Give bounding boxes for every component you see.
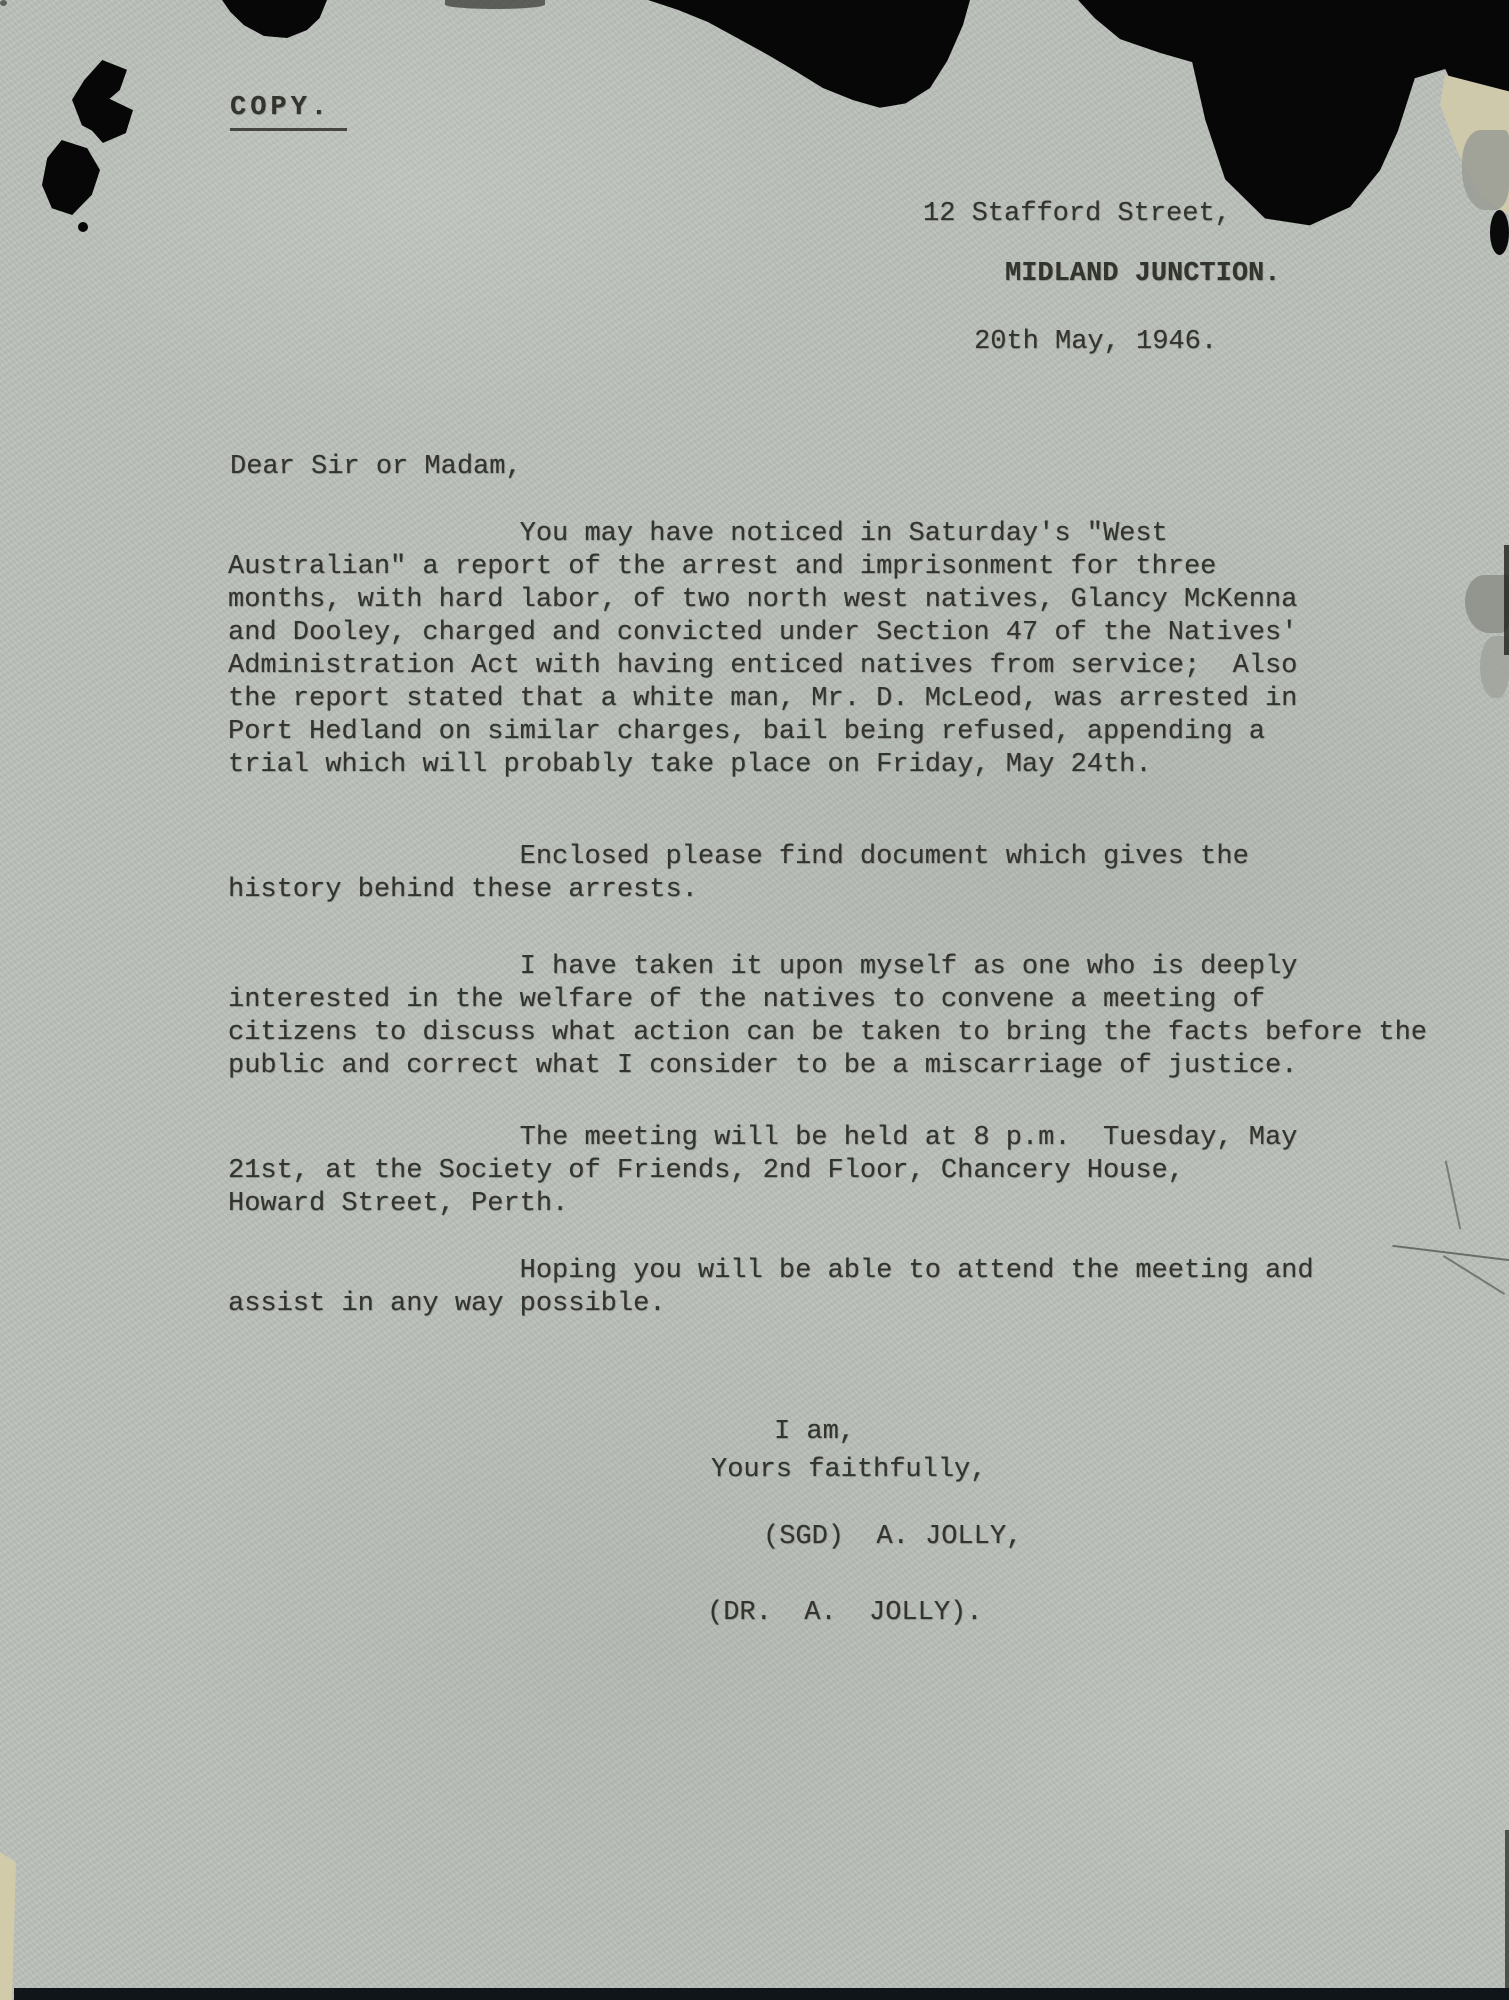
letter-paper: COPY. 12 Stafford Street, MIDLAND JUNCTI… — [0, 0, 1509, 2000]
letter-paragraph-1: You may have noticed in Saturday's "West… — [228, 518, 1297, 782]
scanned-letter-page: COPY. 12 Stafford Street, MIDLAND JUNCTI… — [0, 0, 1509, 2000]
scan-edge-bottom — [14, 1988, 1509, 2000]
crease-crack-3 — [1445, 1161, 1462, 1230]
torn-hole-top-left — [222, 0, 327, 40]
letter-paragraph-5: Hoping you will be able to attend the me… — [228, 1255, 1314, 1321]
page-edge-shadow-lower — [1505, 1830, 1509, 1990]
closing-yours-faithfully: Yours faithfully, — [711, 1454, 986, 1487]
signature-sgd: (SGD) A. JOLLY, — [763, 1521, 1022, 1554]
ink-dot-left-edge — [78, 222, 88, 232]
torn-hole-top-right — [1075, 0, 1509, 230]
ink-blot-left-edge-3 — [42, 140, 100, 215]
worn-spot-right-edge-1 — [1465, 575, 1509, 633]
black-speck-right-edge — [1490, 210, 1509, 255]
signature-name: (DR. A. JOLLY). — [707, 1597, 982, 1630]
tear-sliver-top — [445, 0, 545, 9]
letter-paragraph-2: Enclosed please find document which give… — [228, 841, 1249, 907]
speck-left-edge — [0, 0, 7, 6]
crease-crack-2 — [1443, 1255, 1505, 1295]
salutation: Dear Sir or Madam, — [230, 451, 522, 484]
torn-shadow-right — [1462, 130, 1509, 210]
copy-label: COPY. — [230, 92, 347, 131]
letter-paragraph-4: The meeting will be held at 8 p.m. Tuesd… — [228, 1122, 1297, 1221]
sender-address-line-1: 12 Stafford Street, — [923, 198, 1231, 231]
page-edge-shadow-upper — [1504, 545, 1509, 655]
letter-paragraph-3: I have taken it upon myself as one who i… — [228, 951, 1427, 1083]
ink-blot-left-edge-2 — [88, 98, 133, 143]
sender-address-line-2: MIDLAND JUNCTION. — [1005, 258, 1280, 291]
letter-date: 20th May, 1946. — [974, 326, 1217, 359]
torn-hole-top-center — [648, 0, 970, 110]
underlying-page-edge-left — [0, 1852, 16, 2000]
closing-i-am: I am, — [774, 1416, 855, 1449]
